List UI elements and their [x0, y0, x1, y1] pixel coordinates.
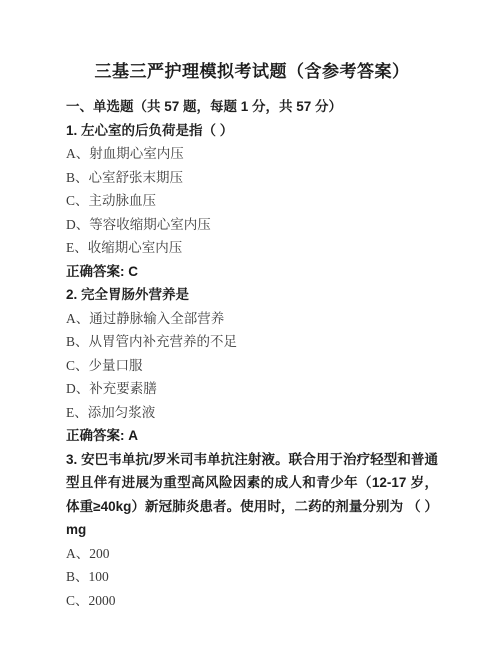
document-title: 三基三严护理模拟考试题（含参考答案）: [66, 59, 438, 84]
answer-line: 正确答案: C: [66, 260, 438, 284]
option-line: B、心室舒张末期压: [66, 166, 438, 190]
question-block-2: 2. 完全胃肠外营养是 A、通过静脉输入全部营养 B、从胃管内补充营养的不足 C…: [66, 283, 438, 448]
answer-line: 正确答案: A: [66, 424, 438, 448]
option-line: C、少量口服: [66, 354, 438, 378]
question-stem: 3. 安巴韦单抗/罗米司韦单抗注射液。联合用于治疗轻型和普通型且伴有进展为重型高…: [66, 448, 438, 542]
option-line: A、通过静脉输入全部营养: [66, 307, 438, 331]
option-line: E、收缩期心室内压: [66, 236, 438, 260]
option-line: C、2000: [66, 589, 438, 613]
section-heading: 一、单选题（共 57 题，每题 1 分，共 57 分）: [66, 95, 438, 119]
option-line: E、添加匀浆液: [66, 401, 438, 425]
option-line: C、主动脉血压: [66, 189, 438, 213]
option-line: D、补充要素膳: [66, 377, 438, 401]
document-page: 三基三严护理模拟考试题（含参考答案） 一、单选题（共 57 题，每题 1 分，共…: [0, 0, 500, 647]
option-line: B、从胃管内补充营养的不足: [66, 330, 438, 354]
question-block-1: 1. 左心室的后负荷是指（ ） A、射血期心室内压 B、心室舒张末期压 C、主动…: [66, 119, 438, 284]
option-line: B、100: [66, 565, 438, 589]
option-line: A、射血期心室内压: [66, 142, 438, 166]
option-line: A、200: [66, 542, 438, 566]
question-stem: 1. 左心室的后负荷是指（ ）: [66, 119, 438, 143]
option-line: D、等容收缩期心室内压: [66, 213, 438, 237]
question-stem: 2. 完全胃肠外营养是: [66, 283, 438, 307]
question-block-3: 3. 安巴韦单抗/罗米司韦单抗注射液。联合用于治疗轻型和普通型且伴有进展为重型高…: [66, 448, 438, 613]
